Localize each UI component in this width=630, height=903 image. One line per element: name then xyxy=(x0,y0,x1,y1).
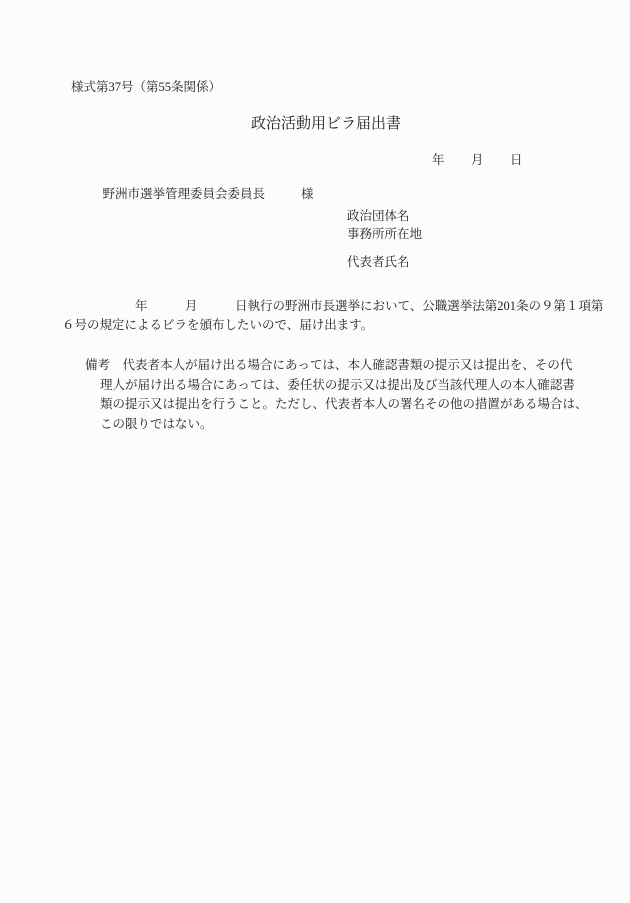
addressee-name: 野洲市選挙管理委員会委員長 xyxy=(103,187,266,201)
body-text-line: 年 月 日執行の野洲市長選挙において、公職選挙法第201条の９第１項第 xyxy=(62,300,604,313)
remarks-line: 類の提示又は提出を行うこと。ただし、代表者本人の署名その他の措置がある場合は、 xyxy=(100,398,588,411)
document-page: 様式第37号（第55条関係） 政治活動用ビラ届出書 年 月 日 野洲市選挙管理委… xyxy=(0,0,630,903)
date-line: 年 月 日 xyxy=(432,154,523,167)
addressee-honorific: 様 xyxy=(301,187,314,201)
remarks-line: 備考 代表者本人が届け出る場合にあっては、本人確認書類の提示又は提出を、その代 xyxy=(85,359,572,372)
body-text-line: ６号の規定によるビラを頒布したいので、届け出ます。 xyxy=(62,319,373,332)
document-title: 政治活動用ビラ届出書 xyxy=(0,117,630,132)
field-label-political-organization-name: 政治団体名 xyxy=(347,210,410,223)
field-label-office-address: 事務所所在地 xyxy=(347,228,422,241)
addressee-line: 野洲市選挙管理委員会委員長様 xyxy=(90,175,314,213)
remarks-line: この限りではない。 xyxy=(100,418,213,431)
form-number: 様式第37号（第55条関係） xyxy=(71,81,221,94)
field-label-representative-name: 代表者氏名 xyxy=(347,256,410,269)
remarks-line: 理人が届け出る場合にあっては、委任状の提示又は提出及び当該代理人の本人確認書 xyxy=(100,379,575,392)
